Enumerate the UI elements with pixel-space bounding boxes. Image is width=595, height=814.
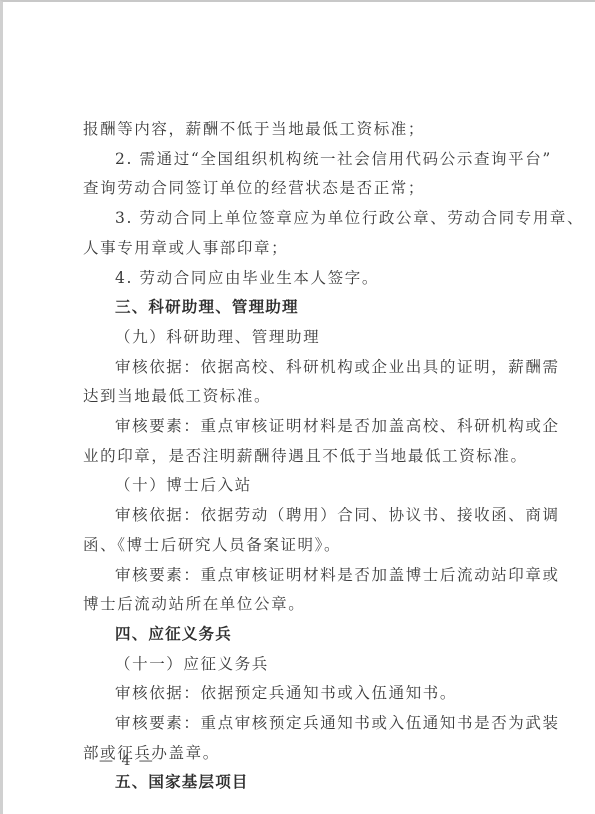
paragraph-line: 业的印章，是否注明薪酬待遇且不低于当地最低工资标准。 [83,446,529,466]
subsection-heading-9: （九）科研助理、管理助理 [115,327,529,347]
subsection-heading-10: （十）博士后入站 [115,475,529,495]
paragraph-line: 博士后流动站所在单位公章。 [83,594,529,614]
paragraph-line: 函、《博士后研究人员备案证明》。 [83,535,529,555]
subsection-heading-11: （十一）应征义务兵 [115,654,529,674]
page-number: — 4 — [99,753,155,769]
section-heading-5: 五、国家基层项目 [115,772,529,792]
list-item-2: 2. 需通过“全国组织机构统一社会信用代码公示查询平台” [115,149,529,169]
paragraph-line: 人事专用章或人事部印章； [83,238,529,258]
section-heading-3: 三、科研助理、管理助理 [115,297,529,317]
paragraph-line: 达到当地最低工资标准。 [83,386,529,406]
review-basis-line: 审核依据：依据劳动（聘用）合同、协议书、接收函、商调 [115,505,529,525]
document-page: 报酬等内容，薪酬不低于当地最低工资标准； 2. 需通过“全国组织机构统一社会信用… [0,0,595,814]
review-basis-line: 审核依据：依据高校、科研机构或企业出具的证明，薪酬需 [115,357,529,377]
section-heading-4: 四、应征义务兵 [115,624,529,644]
paragraph-line: 报酬等内容，薪酬不低于当地最低工资标准； [83,119,529,139]
list-item-3: 3. 劳动合同上单位签章应为单位行政公章、劳动合同专用章、 [115,208,529,228]
paragraph-line: 查询劳动合同签订单位的经营状态是否正常； [83,178,529,198]
review-elements-line: 审核要素：重点审核证明材料是否加盖博士后流动站印章或 [115,565,529,585]
list-item-4: 4. 劳动合同应由毕业生本人签字。 [115,268,529,288]
review-elements-line: 审核要素：重点审核证明材料是否加盖高校、科研机构或企 [115,416,529,436]
review-basis-line: 审核依据：依据预定兵通知书或入伍通知书。 [115,683,529,703]
review-elements-line: 审核要素：重点审核预定兵通知书或入伍通知书是否为武装 [115,713,529,733]
